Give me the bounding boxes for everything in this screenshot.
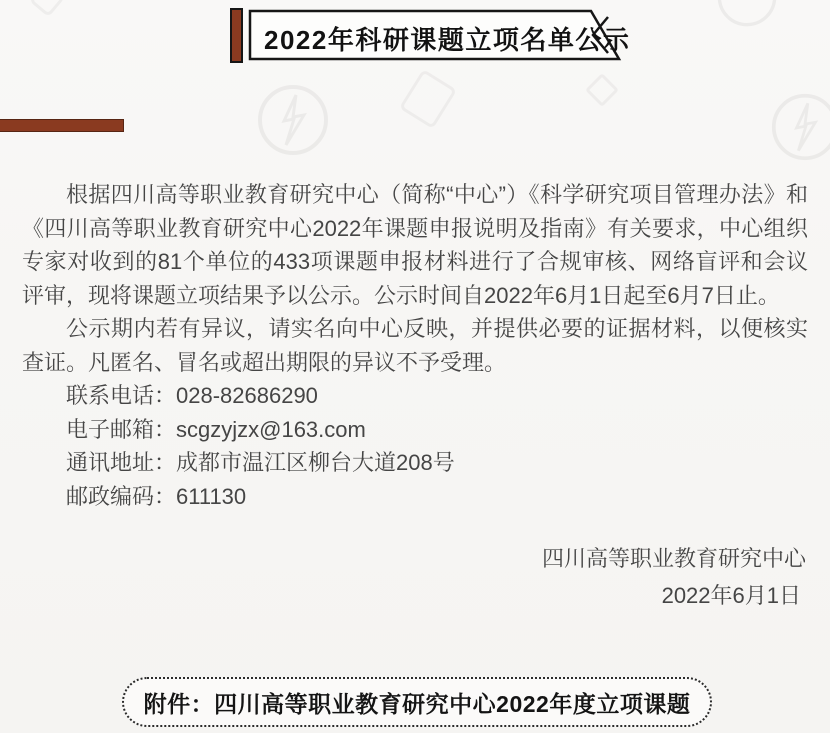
contact-email: 电子邮箱：scgzyjzx@163.com xyxy=(22,413,808,447)
emblem-circle-watermark-right-icon xyxy=(770,92,830,162)
diamond-watermark-icon xyxy=(585,73,619,107)
contact-address: 通讯地址：成都市温江区柳台大道208号 xyxy=(22,446,808,480)
corner-watermark-icon xyxy=(29,0,66,17)
signature-date: 2022年6月1日 xyxy=(542,577,806,614)
signature-organization: 四川高等职业教育研究中心 xyxy=(542,540,806,577)
announcement-page: 2022年科研课题立项名单公示 根据四川高等职业教育研究中心（简称“中心”）《科… xyxy=(0,0,830,733)
title-banner: 2022年科研课题立项名单公示 xyxy=(228,4,632,66)
emblem-circle-watermark-top-icon xyxy=(716,0,778,28)
contact-postcode: 邮政编码：611130 xyxy=(22,480,808,514)
announcement-body: 根据四川高等职业教育研究中心（简称“中心”）《科学研究项目管理办法》和《四川高等… xyxy=(22,178,808,513)
paragraph-review-result: 根据四川高等职业教育研究中心（简称“中心”）《科学研究项目管理办法》和《四川高等… xyxy=(22,178,808,312)
page-title: 2022年科研课题立项名单公示 xyxy=(264,20,630,57)
emblem-circle-watermark-icon xyxy=(256,83,330,157)
accent-bar xyxy=(0,119,124,132)
paragraph-objection-notice: 公示期内若有异议，请实名向中心反映，并提供必要的证据材料，以便核实查证。凡匿名、… xyxy=(22,312,808,379)
contact-phone: 联系电话：028-82686290 xyxy=(22,379,808,413)
attachment-link[interactable]: 附件：四川高等职业教育研究中心2022年度立项课题 xyxy=(122,677,712,727)
signature-block: 四川高等职业教育研究中心 2022年6月1日 xyxy=(542,540,806,614)
rotated-tag-watermark-icon xyxy=(399,69,457,129)
